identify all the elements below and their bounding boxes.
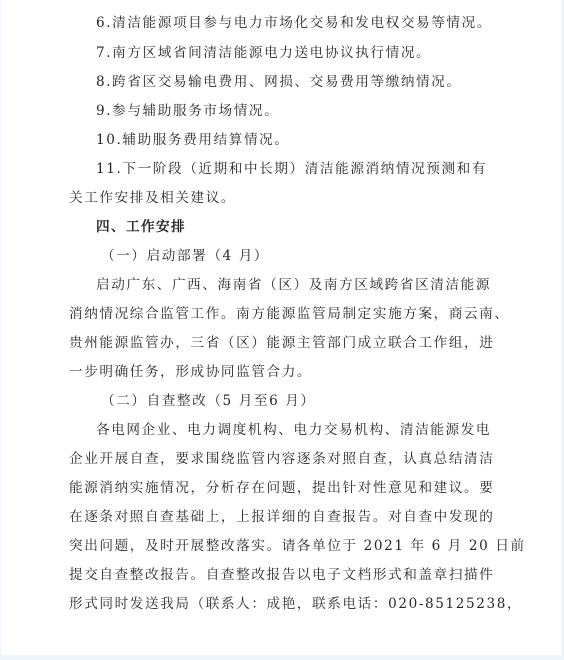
paragraph-2-line-3: 能源消纳实施情况，分析存在问题，提出针对性意见和建议。要 — [69, 479, 494, 497]
item-11-line-2: 关工作安排及相关建议。 — [69, 189, 236, 207]
paragraph-2-line-6: 提交自查整改报告。自查整改报告以电子文档形式和盖章扫描件 — [69, 566, 494, 584]
paragraph-2-line-4: 在逐条对照自查基础上，上报详细的自查报告。对自查中发现的 — [69, 508, 494, 526]
paragraph-2-line-1: 各电网企业、电力调度机构、电力交易机构、清洁能源发电 — [96, 421, 491, 439]
paragraph-1-line-4: 一步明确任务，形成协同监管合力。 — [69, 363, 312, 381]
item-6: 6.清洁能源项目参与电力市场化交易和发电权交易等情况。 — [96, 14, 492, 32]
paragraph-2-line-7: 形式同时发送我局（联系人：成艳，联系电话：020-85125238， — [69, 595, 522, 613]
paragraph-1-line-2: 消纳情况综合监管工作。南方能源监管局制定实施方案，商云南、 — [69, 305, 510, 323]
paragraph-2-line-5: 突出问题，及时开展整改落实。请各单位于 2021 年 6 月 20 日前 — [69, 537, 526, 555]
section-heading-work-arrangement: 四、工作安排 — [96, 218, 186, 236]
item-7: 7.南方区域省间清洁能源电力送电协议执行情况。 — [96, 44, 431, 62]
item-10: 10.辅助服务费用结算情况。 — [96, 131, 290, 149]
subsection-heading-2: （二）自查整改（5 月至6 月） — [101, 392, 316, 410]
paragraph-1-line-1: 启动广东、广西、海南省（区）及南方区域跨省区清洁能源 — [96, 276, 491, 294]
item-9: 9.参与辅助服务市场情况。 — [96, 102, 279, 120]
item-11-line-1: 11.下一阶段（近期和中长期）清洁能源消纳情况预测和有 — [96, 160, 487, 178]
paragraph-2-line-2: 企业开展自查，要求围绕监管内容逐条对照自查，认真总结清洁 — [69, 450, 494, 468]
subsection-heading-1: （一）启动部署（4 月） — [101, 247, 269, 265]
item-8: 8.跨省区交易输电费用、网损、交易费用等缴纳情况。 — [96, 73, 462, 91]
document-page: 6.清洁能源项目参与电力市场化交易和发电权交易等情况。 7.南方区域省间清洁能源… — [1, 0, 561, 655]
paragraph-1-line-3: 贵州能源监管办，三省（区）能源主管部门成立联合工作组，进 — [69, 334, 494, 352]
